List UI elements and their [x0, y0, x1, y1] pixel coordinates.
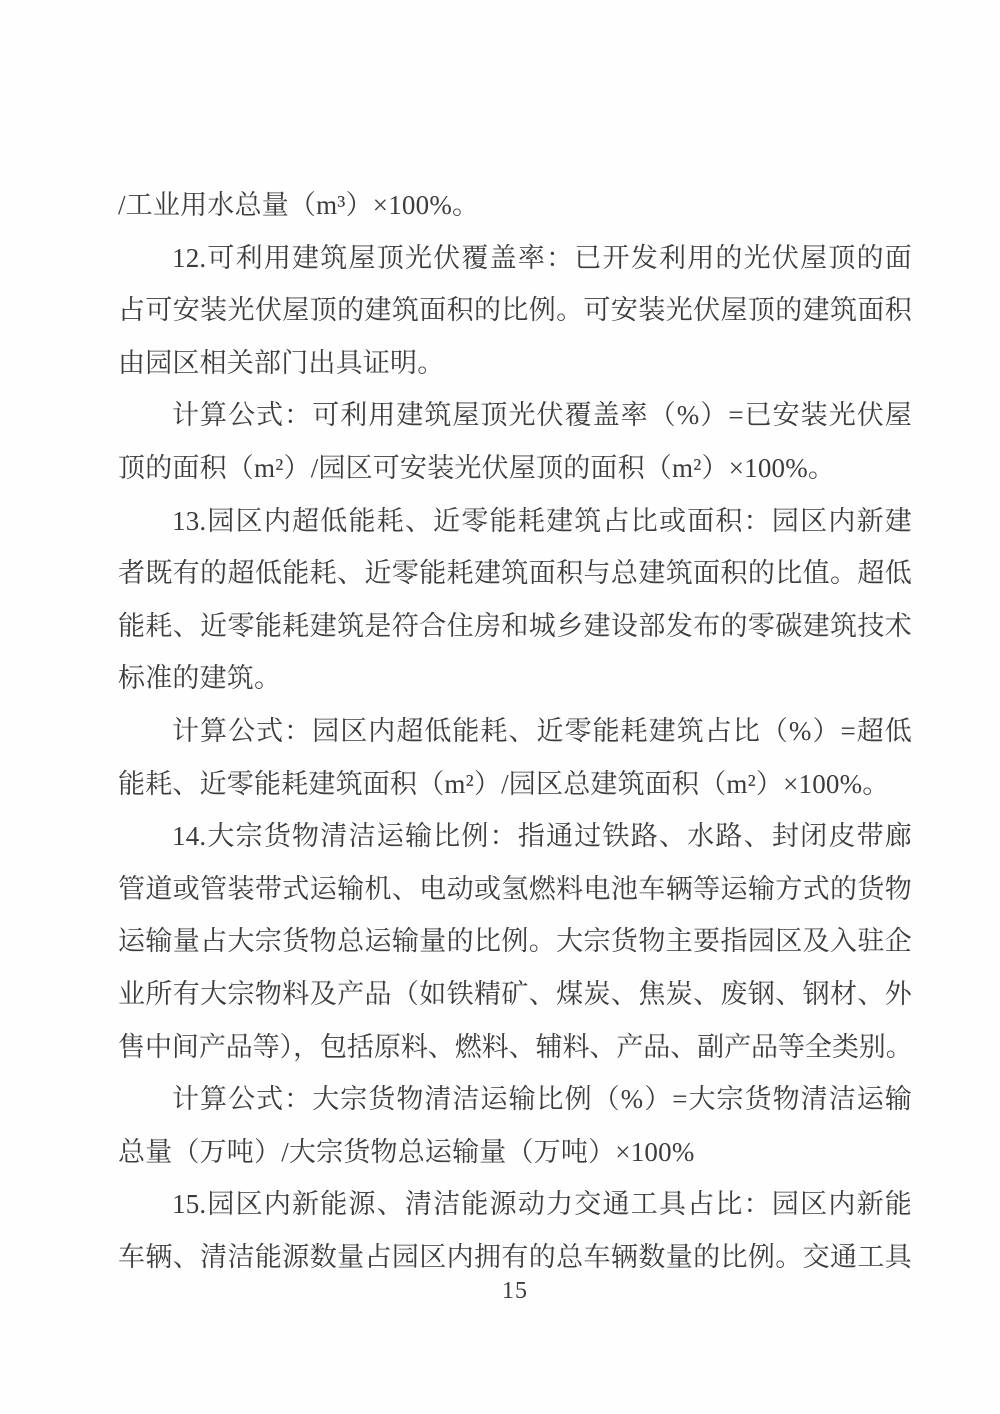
text-line: 车辆、清洁能源数量占园区内拥有的总车辆数量的比例。交通工具: [118, 1231, 912, 1284]
text-line: 总量（万吨）/大宗货物总运输量（万吨）×100%: [118, 1126, 912, 1179]
text-line: 计算公式：可利用建筑屋顶光伏覆盖率（%）=已安装光伏屋: [118, 389, 912, 442]
text-line: 计算公式：大宗货物清洁运输比例（%）=大宗货物清洁运输: [118, 1073, 912, 1126]
page-footer: 15: [118, 1278, 912, 1305]
text-line: 计算公式：园区内超低能耗、近零能耗建筑占比（%）=超低: [118, 705, 912, 758]
text-line: 15.园区内新能源、清洁能源动力交通工具占比：园区内新能源: [118, 1178, 912, 1231]
text-line: 运输量占大宗货物总运输量的比例。大宗货物主要指园区及入驻企: [118, 915, 912, 968]
document-body: /工业用水总量（m³）×100%。 12.可利用建筑屋顶光伏覆盖率：已开发利用的…: [118, 179, 912, 1283]
text-line: 管道或管装带式运输机、电动或氢燃料电池车辆等运输方式的货物: [118, 863, 912, 916]
page-number: 15: [502, 1278, 528, 1304]
text-line: 顶的面积（m²）/园区可安装光伏屋顶的面积（m²）×100%。: [118, 442, 912, 495]
text-line: 售中间产品等），包括原料、燃料、辅料、产品、副产品等全类别。: [118, 1021, 912, 1074]
text-line: 由园区相关部门出具证明。: [118, 337, 912, 390]
text-line: 占可安装光伏屋顶的建筑面积的比例。可安装光伏屋顶的建筑面积: [118, 284, 912, 337]
document-page: /工业用水总量（m³）×100%。 12.可利用建筑屋顶光伏覆盖率：已开发利用的…: [0, 0, 1000, 1414]
text-line: /工业用水总量（m³）×100%。: [118, 179, 912, 232]
text-line: 标准的建筑。: [118, 652, 912, 705]
text-line: 12.可利用建筑屋顶光伏覆盖率：已开发利用的光伏屋顶的面积: [118, 232, 912, 285]
text-line: 者既有的超低能耗、近零能耗建筑面积与总建筑面积的比值。超低: [118, 547, 912, 600]
text-line: 能耗、近零能耗建筑是符合住房和城乡建设部发布的零碳建筑技术: [118, 600, 912, 653]
text-line: 业所有大宗物料及产品（如铁精矿、煤炭、焦炭、废钢、钢材、外: [118, 968, 912, 1021]
text-line: 13.园区内超低能耗、近零能耗建筑占比或面积：园区内新建或: [118, 495, 912, 548]
text-line: 能耗、近零能耗建筑面积（m²）/园区总建筑面积（m²）×100%。: [118, 758, 912, 811]
text-line: 14.大宗货物清洁运输比例：指通过铁路、水路、封闭皮带廊道、: [118, 810, 912, 863]
